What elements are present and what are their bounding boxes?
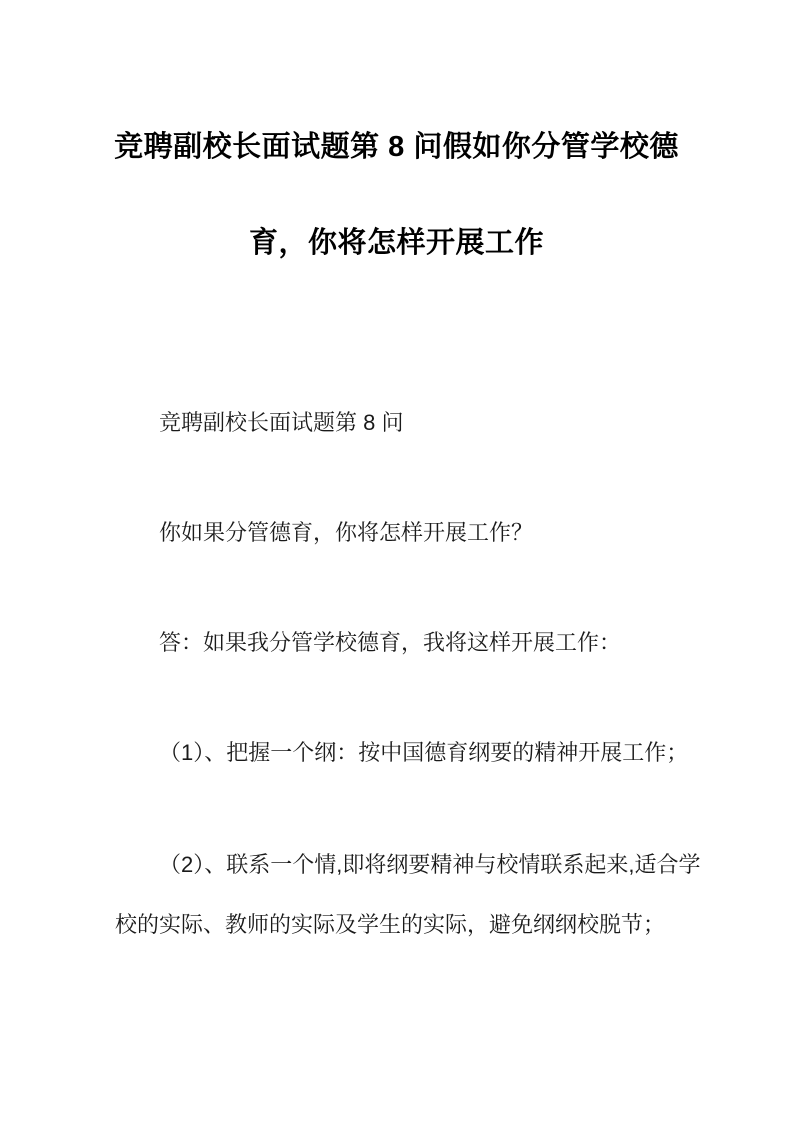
paragraph-answer-intro: 答：如果我分管学校德育，我将这样开展工作： <box>115 627 681 659</box>
paragraph-question-heading: 竞聘副校长面试题第 8 问 <box>115 407 681 439</box>
paragraph-point-2-line-2: 校的实际、教师的实际及学生的实际，避免纲纲校脱节； <box>115 909 681 941</box>
document-page: 竞聘副校长面试题第 8 问假如你分管学校德 育，你将怎样开展工作 竞聘副校长面试… <box>0 0 793 1122</box>
paragraph-point-2-line-1: （2）、联系一个情,即将纲要精神与校情联系起来,适合学 <box>115 849 681 881</box>
document-title-line-2: 育，你将怎样开展工作 <box>56 223 737 263</box>
paragraph-question: 你如果分管德育，你将怎样开展工作？ <box>115 517 681 549</box>
document-title-line-1: 竞聘副校长面试题第 8 问假如你分管学校德 <box>56 127 737 167</box>
paragraph-point-1: （1）、把握一个纲：按中国德育纲要的精神开展工作； <box>115 737 681 769</box>
